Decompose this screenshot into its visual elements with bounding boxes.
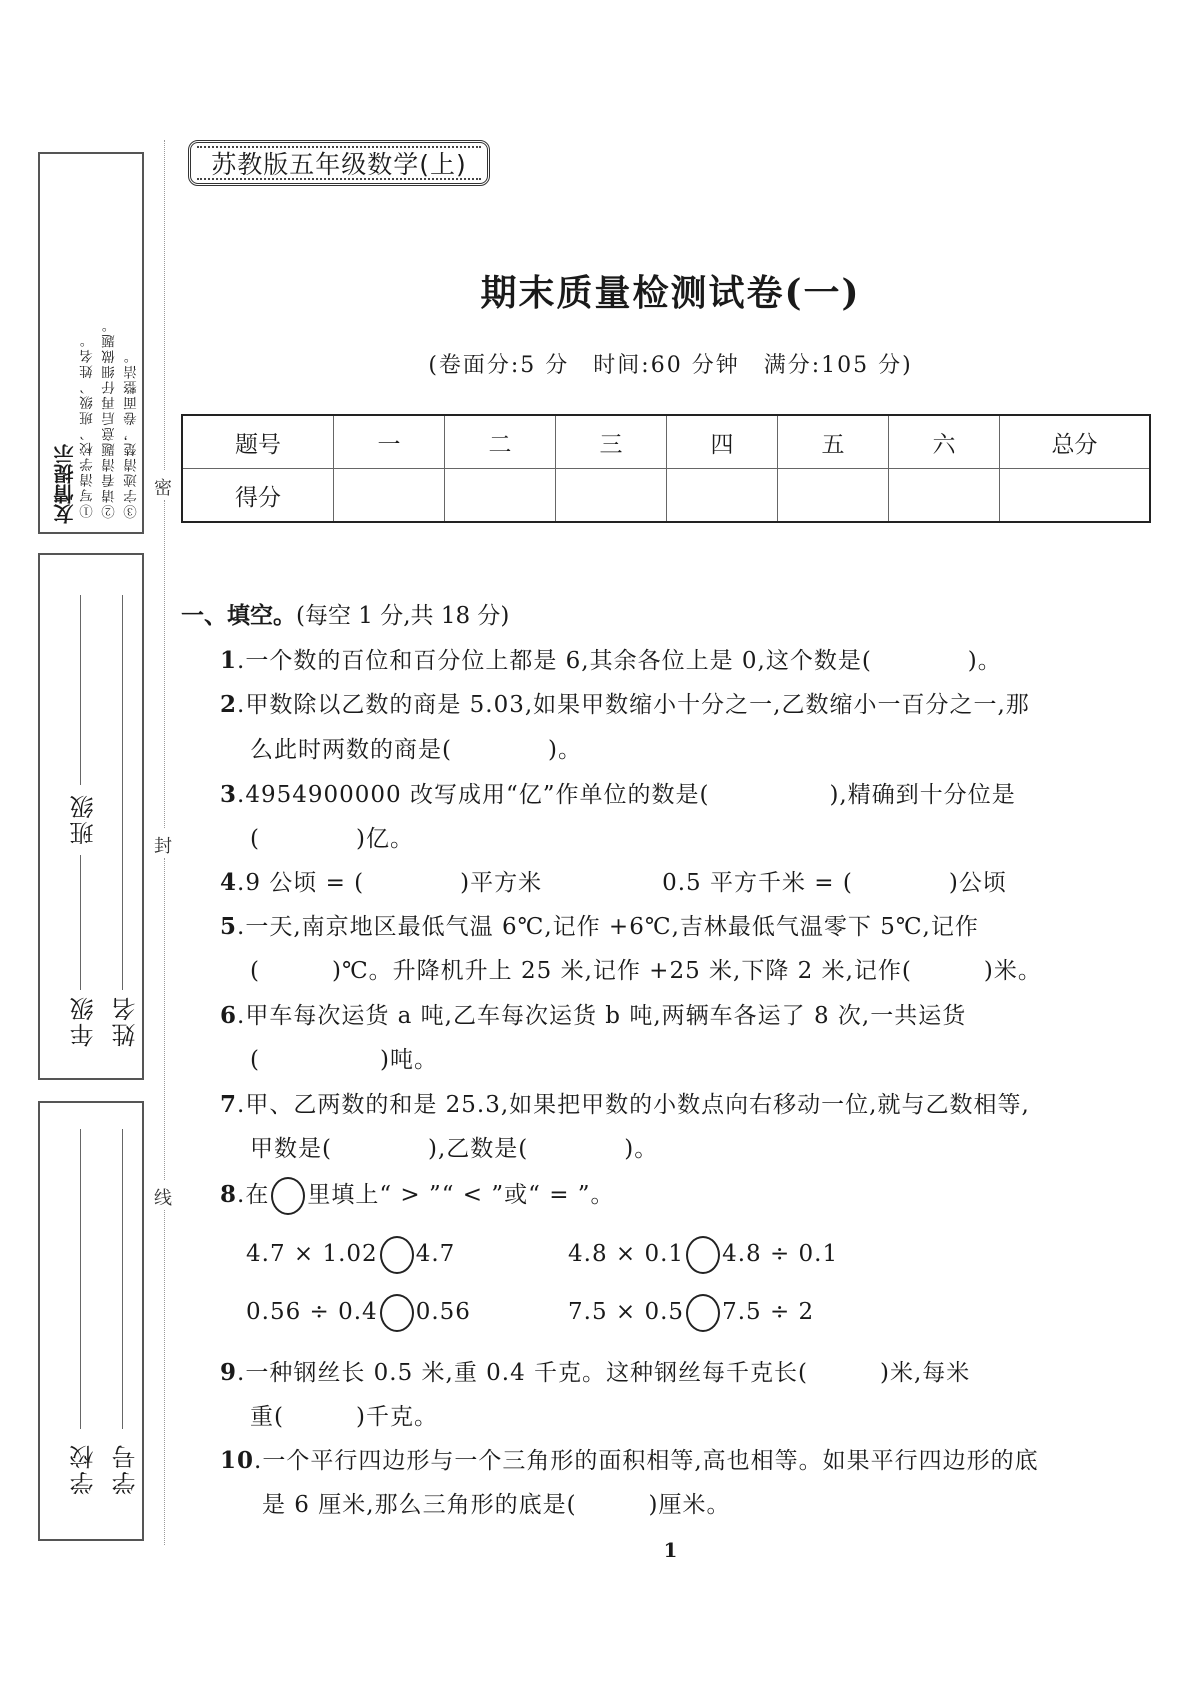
- question-7: 7.甲、乙两数的和是 25.3,如果把甲数的小数点向右移动一位,就与乙数相等,: [220, 1086, 1030, 1119]
- question-number: 2: [220, 691, 237, 718]
- row-header-question-number: 题号: [182, 415, 334, 469]
- question-text-suffix: 里填上“ > ”“ < ”或“ = ”。: [307, 1182, 614, 1208]
- question-5: 5.一天,南京地区最低气温 6℃,记作 +6℃,吉林最低气温零下 5℃,记作: [220, 908, 979, 941]
- section-1-points: (每空 1 分,共 18 分): [296, 603, 509, 629]
- question-number: 10: [220, 1447, 254, 1474]
- question-10-continued: 是 6 厘米,那么三角形的底是( )厘米。: [262, 1486, 731, 1519]
- seal-dotted-line: [164, 1210, 165, 1545]
- seal-mark-mi: 密: [154, 474, 172, 500]
- comparison-1: 4.7 × 1.024.7: [246, 1236, 455, 1274]
- score-cell-2[interactable]: [445, 469, 556, 523]
- question-text: 一个数的百位和百分位上都是 6,其余各位上是 0,这个数是( )。: [245, 648, 1001, 674]
- question-2: 2.甲数除以乙数的商是 5.03,如果甲数缩小十分之一,乙数缩小一百分之一,那: [220, 686, 1030, 719]
- row-header-score: 得分: [182, 469, 334, 523]
- comparison-left: 4.8 × 0.1: [568, 1241, 684, 1267]
- tips-title: 友情提示: [50, 444, 79, 524]
- comparison-answer-circle[interactable]: [380, 1236, 414, 1274]
- comparison-answer-circle[interactable]: [686, 1236, 720, 1274]
- question-8: 8.在里填上“ > ”“ < ”或“ = ”。: [220, 1176, 615, 1215]
- question-5-continued: ( )℃。升降机升上 25 米,记作 +25 米,下降 2 米,记作( )米。: [250, 952, 1042, 985]
- column-section-1: 一: [334, 415, 445, 469]
- question-text: 一个平行四边形与一个三角形的面积相等,高也相等。如果平行四边形的底: [262, 1448, 1038, 1474]
- circle-placeholder-icon: [271, 1177, 305, 1215]
- comparison-right: 4.8 ÷ 0.1: [722, 1241, 838, 1267]
- question-4: 4.9 公顷 = ( )平方米 0.5 平方千米 = ( )公顷: [220, 864, 1007, 897]
- question-9-continued: 重( )千克。: [250, 1398, 438, 1431]
- column-section-3: 三: [556, 415, 667, 469]
- score-row: 得分: [182, 469, 1150, 523]
- student-id-write-line[interactable]: [122, 1129, 123, 1429]
- section-1-heading: 一、填空。(每空 1 分,共 18 分): [181, 597, 509, 630]
- question-text: 甲车每次运货 a 吨,乙车每次运货 b 吨,两辆车各运了 8 次,一共运货: [245, 1003, 966, 1029]
- question-3-continued: ( )亿。: [250, 820, 414, 853]
- comparison-answer-circle[interactable]: [380, 1294, 414, 1332]
- score-cell-4[interactable]: [667, 469, 778, 523]
- name-write-line[interactable]: [122, 595, 123, 990]
- exam-title: 期末质量检测试卷(一): [0, 265, 1191, 316]
- comparison-left: 0.56 ÷ 0.4: [246, 1299, 378, 1325]
- seal-mark-xian: 线: [154, 1184, 172, 1210]
- question-6-continued: ( )吨。: [250, 1041, 438, 1074]
- question-number-row: 题号 一 二 三 四 五 六 总分: [182, 415, 1150, 469]
- school-id-box: 学校 学号: [38, 1101, 144, 1541]
- question-text: 一天,南京地区最低气温 6℃,记作 +6℃,吉林最低气温零下 5℃,记作: [245, 914, 979, 940]
- school-label: 学校: [66, 1443, 101, 1495]
- seal-dotted-line: [164, 500, 165, 828]
- comparison-left: 4.7 × 1.02: [246, 1241, 378, 1267]
- student-id-label: 学号: [108, 1443, 143, 1495]
- question-text-prefix: 在: [245, 1182, 269, 1208]
- comparison-4: 7.5 × 0.57.5 ÷ 2: [568, 1294, 814, 1332]
- question-number: 8: [220, 1181, 237, 1208]
- textbook-edition-text: 苏教版五年级数学(上): [211, 145, 467, 181]
- question-text: 甲数除以乙数的商是 5.03,如果甲数缩小十分之一,乙数缩小一百分之一,那: [245, 692, 1029, 718]
- comparison-2: 4.8 × 0.14.8 ÷ 0.1: [568, 1236, 838, 1274]
- score-cell-3[interactable]: [556, 469, 667, 523]
- tip-line-2: ②请看清题意后再仔细做题。: [100, 317, 120, 519]
- question-text: 一种钢丝长 0.5 米,重 0.4 千克。这种钢丝每千克长( )米,每米: [245, 1360, 970, 1386]
- question-number: 7: [220, 1091, 237, 1118]
- friendly-tips-box: 友情提示 ①写清学校、班级、姓名。 ②请看清题意后再仔细做题。 ③字迹清楚，卷面…: [38, 152, 144, 534]
- class-label: 班级: [66, 793, 101, 845]
- comparison-left: 7.5 × 0.5: [568, 1299, 684, 1325]
- question-text: 4954900000 改写成用“亿”作单位的数是( ),精确到十分位是: [245, 782, 1015, 808]
- question-2-continued: 么此时两数的商是( )。: [250, 731, 582, 764]
- score-cell-6[interactable]: [889, 469, 1000, 523]
- question-7-continued: 甲数是( ),乙数是( )。: [250, 1130, 658, 1163]
- column-section-4: 四: [667, 415, 778, 469]
- grade-label: 年级: [66, 995, 101, 1047]
- textbook-edition-badge: 苏教版五年级数学(上): [188, 140, 490, 186]
- grade-write-line[interactable]: [80, 855, 81, 990]
- question-number: 6: [220, 1002, 237, 1029]
- class-write-line[interactable]: [80, 595, 81, 785]
- column-section-2: 二: [445, 415, 556, 469]
- column-section-6: 六: [889, 415, 1000, 469]
- score-table: 题号 一 二 三 四 五 六 总分 得分: [181, 414, 1151, 523]
- score-cell-5[interactable]: [778, 469, 889, 523]
- seal-mark-feng: 封: [154, 832, 172, 858]
- seal-dotted-line: [164, 858, 165, 1180]
- exam-meta-info: (卷面分:5 分 时间:60 分钟 满分:105 分): [0, 348, 1191, 379]
- question-number: 5: [220, 913, 237, 940]
- question-number: 1: [220, 647, 237, 674]
- comparison-right: 0.56: [416, 1299, 471, 1325]
- question-number: 4: [220, 869, 237, 896]
- question-text: 9 公顷 = ( )平方米 0.5 平方千米 = ( )公顷: [245, 870, 1007, 896]
- question-10: 10.一个平行四边形与一个三角形的面积相等,高也相等。如果平行四边形的底: [220, 1442, 1039, 1475]
- question-text: 甲、乙两数的和是 25.3,如果把甲数的小数点向右移动一位,就与乙数相等,: [245, 1092, 1029, 1118]
- question-3: 3.4954900000 改写成用“亿”作单位的数是( ),精确到十分位是: [220, 776, 1016, 809]
- name-label: 姓名: [108, 995, 143, 1047]
- page-number: 1: [0, 1538, 1191, 1562]
- column-section-5: 五: [778, 415, 889, 469]
- score-cell-1[interactable]: [334, 469, 445, 523]
- comparison-3: 0.56 ÷ 0.40.56: [246, 1294, 471, 1332]
- question-6: 6.甲车每次运货 a 吨,乙车每次运货 b 吨,两辆车各运了 8 次,一共运货: [220, 997, 966, 1030]
- section-1-title: 一、填空。: [181, 603, 296, 629]
- column-total: 总分: [1000, 415, 1151, 469]
- school-write-line[interactable]: [80, 1129, 81, 1429]
- question-number: 3: [220, 781, 237, 808]
- class-grade-name-box: 班级 年级 姓名: [38, 553, 144, 1080]
- comparison-right: 4.7: [416, 1241, 456, 1267]
- question-number: 9: [220, 1359, 237, 1386]
- score-cell-total[interactable]: [1000, 469, 1151, 523]
- question-1: 1.一个数的百位和百分位上都是 6,其余各位上是 0,这个数是( )。: [220, 642, 1002, 675]
- comparison-answer-circle[interactable]: [686, 1294, 720, 1332]
- comparison-right: 7.5 ÷ 2: [722, 1299, 814, 1325]
- question-9: 9.一种钢丝长 0.5 米,重 0.4 千克。这种钢丝每千克长( )米,每米: [220, 1354, 970, 1387]
